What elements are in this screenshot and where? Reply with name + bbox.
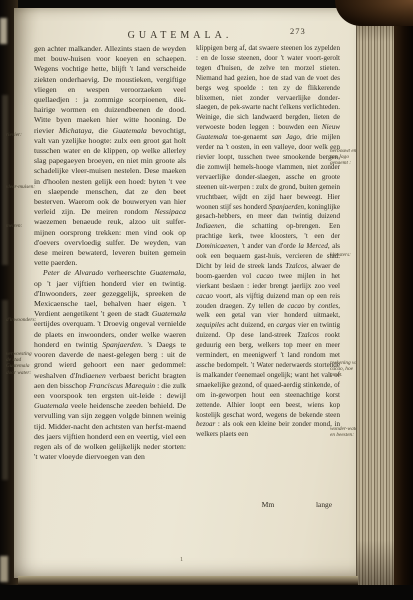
paragraph: Peter de Alvarado verheerschte Guatemala… bbox=[34, 268, 186, 462]
book-photo: GUATEMALA. 273 gen achter malkander. All… bbox=[0, 0, 413, 600]
text-column-left: gen achter malkander. Allezints staen de… bbox=[34, 44, 186, 532]
margin-note: rievier: bbox=[6, 132, 36, 138]
book-page: GUATEMALA. 273 gen achter malkander. All… bbox=[14, 8, 362, 578]
paragraph: klippigen berg af, dat swaere steenen lo… bbox=[196, 44, 340, 440]
margin-note: verwoesting de stad Guatemala door water… bbox=[6, 351, 36, 376]
facing-page-text-bleed bbox=[2, 300, 8, 480]
margin-note: vleer-muisen: bbox=[6, 184, 36, 190]
page-edges bbox=[356, 0, 399, 600]
catchword: lange bbox=[316, 500, 332, 509]
running-title: GUATEMALA. bbox=[128, 30, 233, 41]
facing-page-text-bleed bbox=[2, 95, 8, 265]
text-column-right: klippigen berg af, dat swaere steenen lo… bbox=[196, 44, 340, 496]
running-header: GUATEMALA. bbox=[34, 25, 326, 43]
facing-page-corner bbox=[0, 556, 8, 582]
press-figure: 1 bbox=[180, 556, 183, 563]
paragraph: gen achter malkander. Allezints staen de… bbox=[34, 44, 186, 268]
margin-note: meiren: bbox=[6, 223, 36, 229]
direction-line: Mm lange bbox=[196, 500, 340, 511]
photo-backdrop bbox=[0, 585, 413, 600]
cover-corner bbox=[335, 0, 413, 26]
signature-mark: Mm bbox=[262, 500, 275, 509]
binding-shadow bbox=[394, 0, 413, 600]
bottom-page-edges bbox=[18, 576, 358, 585]
margin-note: d'inwoonders: bbox=[6, 317, 36, 323]
page-number: 273 bbox=[290, 26, 306, 36]
facing-page-corner bbox=[0, 18, 7, 44]
